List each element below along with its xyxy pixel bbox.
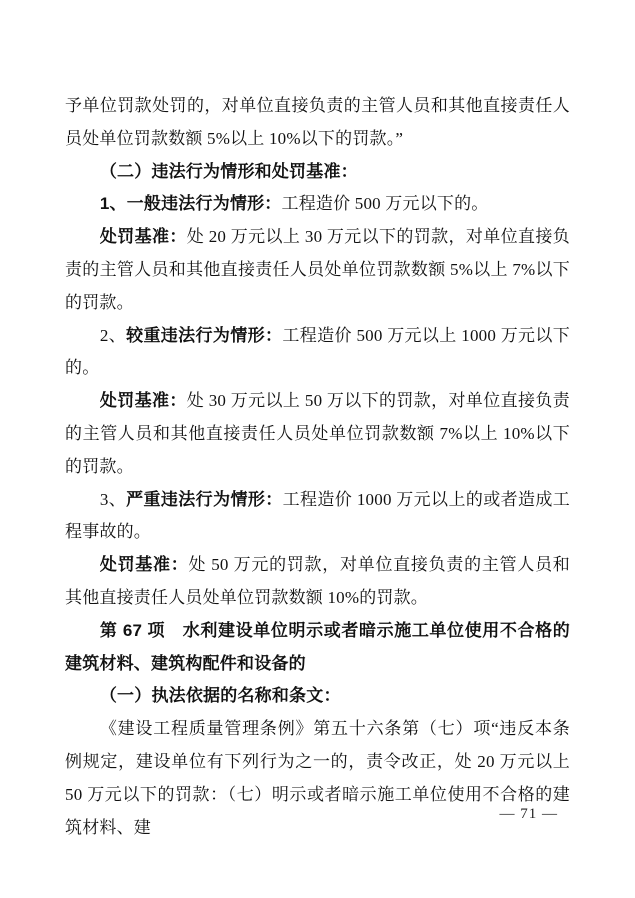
- document-body: 予单位罚款处罚的，对单位直接负责的主管人员和其他直接责任人员处单位罚款数额 5%…: [65, 90, 570, 844]
- page-number: — 71 —: [500, 806, 559, 823]
- paragraph: 处罚基准：处 30 万元以上 50 万以下的罚款，对单位直接负责的主管人员和其他…: [65, 385, 570, 483]
- paragraph: 《建设工程质量管理条例》第五十六条第（七）项“违反本条例规定，建设单位有下列行为…: [65, 713, 570, 844]
- text-run-bold: 较重违法行为情形：: [126, 326, 282, 345]
- text-run-bold: 严重违法行为情形：: [126, 490, 283, 509]
- text-run: 工程造价 500 万元以下的。: [282, 194, 489, 213]
- text-run: 《建设工程质量管理条例》第五十六条第（七）项“违反本条例规定，建设单位有下列行为…: [65, 719, 570, 836]
- text-run-bold: （二）违法行为情形和处罚基准：: [100, 162, 358, 181]
- paragraph: 第 67 项 水利建设单位明示或者暗示施工单位使用不合格的建筑材料、建筑构配件和…: [65, 615, 570, 681]
- paragraph: 处罚基准：处 50 万元的罚款，对单位直接负责的主管人员和其他直接责任人员处单位…: [65, 549, 570, 615]
- paragraph: 1、一般违法行为情形：工程造价 500 万元以下的。: [65, 188, 570, 221]
- paragraph: （一）执法依据的名称和条文：: [65, 680, 570, 713]
- document-page: 予单位罚款处罚的，对单位直接负责的主管人员和其他直接责任人员处单位罚款数额 5%…: [0, 0, 635, 898]
- text-run: 予单位罚款处罚的，对单位直接负责的主管人员和其他直接责任人员处单位罚款数额 5%…: [65, 96, 570, 148]
- paragraph: 予单位罚款处罚的，对单位直接负责的主管人员和其他直接责任人员处单位罚款数额 5%…: [65, 90, 570, 156]
- paragraph: 3、严重违法行为情形：工程造价 1000 万元以上的或者造成工程事故的。: [65, 484, 570, 550]
- text-run-bold: （一）执法依据的名称和条文：: [100, 686, 341, 705]
- text-run-bold: 处罚基准：: [100, 227, 187, 246]
- text-run: 3、: [100, 490, 126, 509]
- text-run-bold: 处罚基准：: [100, 391, 187, 410]
- paragraph: 2、较重违法行为情形：工程造价 500 万元以上 1000 万元以下的。: [65, 320, 570, 386]
- text-run-bold: 第 67 项 水利建设单位明示或者暗示施工单位使用不合格的建筑材料、建筑构配件和…: [65, 621, 570, 673]
- paragraph: 处罚基准：处 20 万元以上 30 万元以下的罚款，对单位直接负责的主管人员和其…: [65, 221, 570, 319]
- text-run: 2、: [100, 326, 126, 345]
- paragraph: （二）违法行为情形和处罚基准：: [65, 156, 570, 189]
- text-run-bold: 处罚基准：: [100, 555, 189, 574]
- text-run-bold: 1、一般违法行为情形：: [100, 194, 282, 213]
